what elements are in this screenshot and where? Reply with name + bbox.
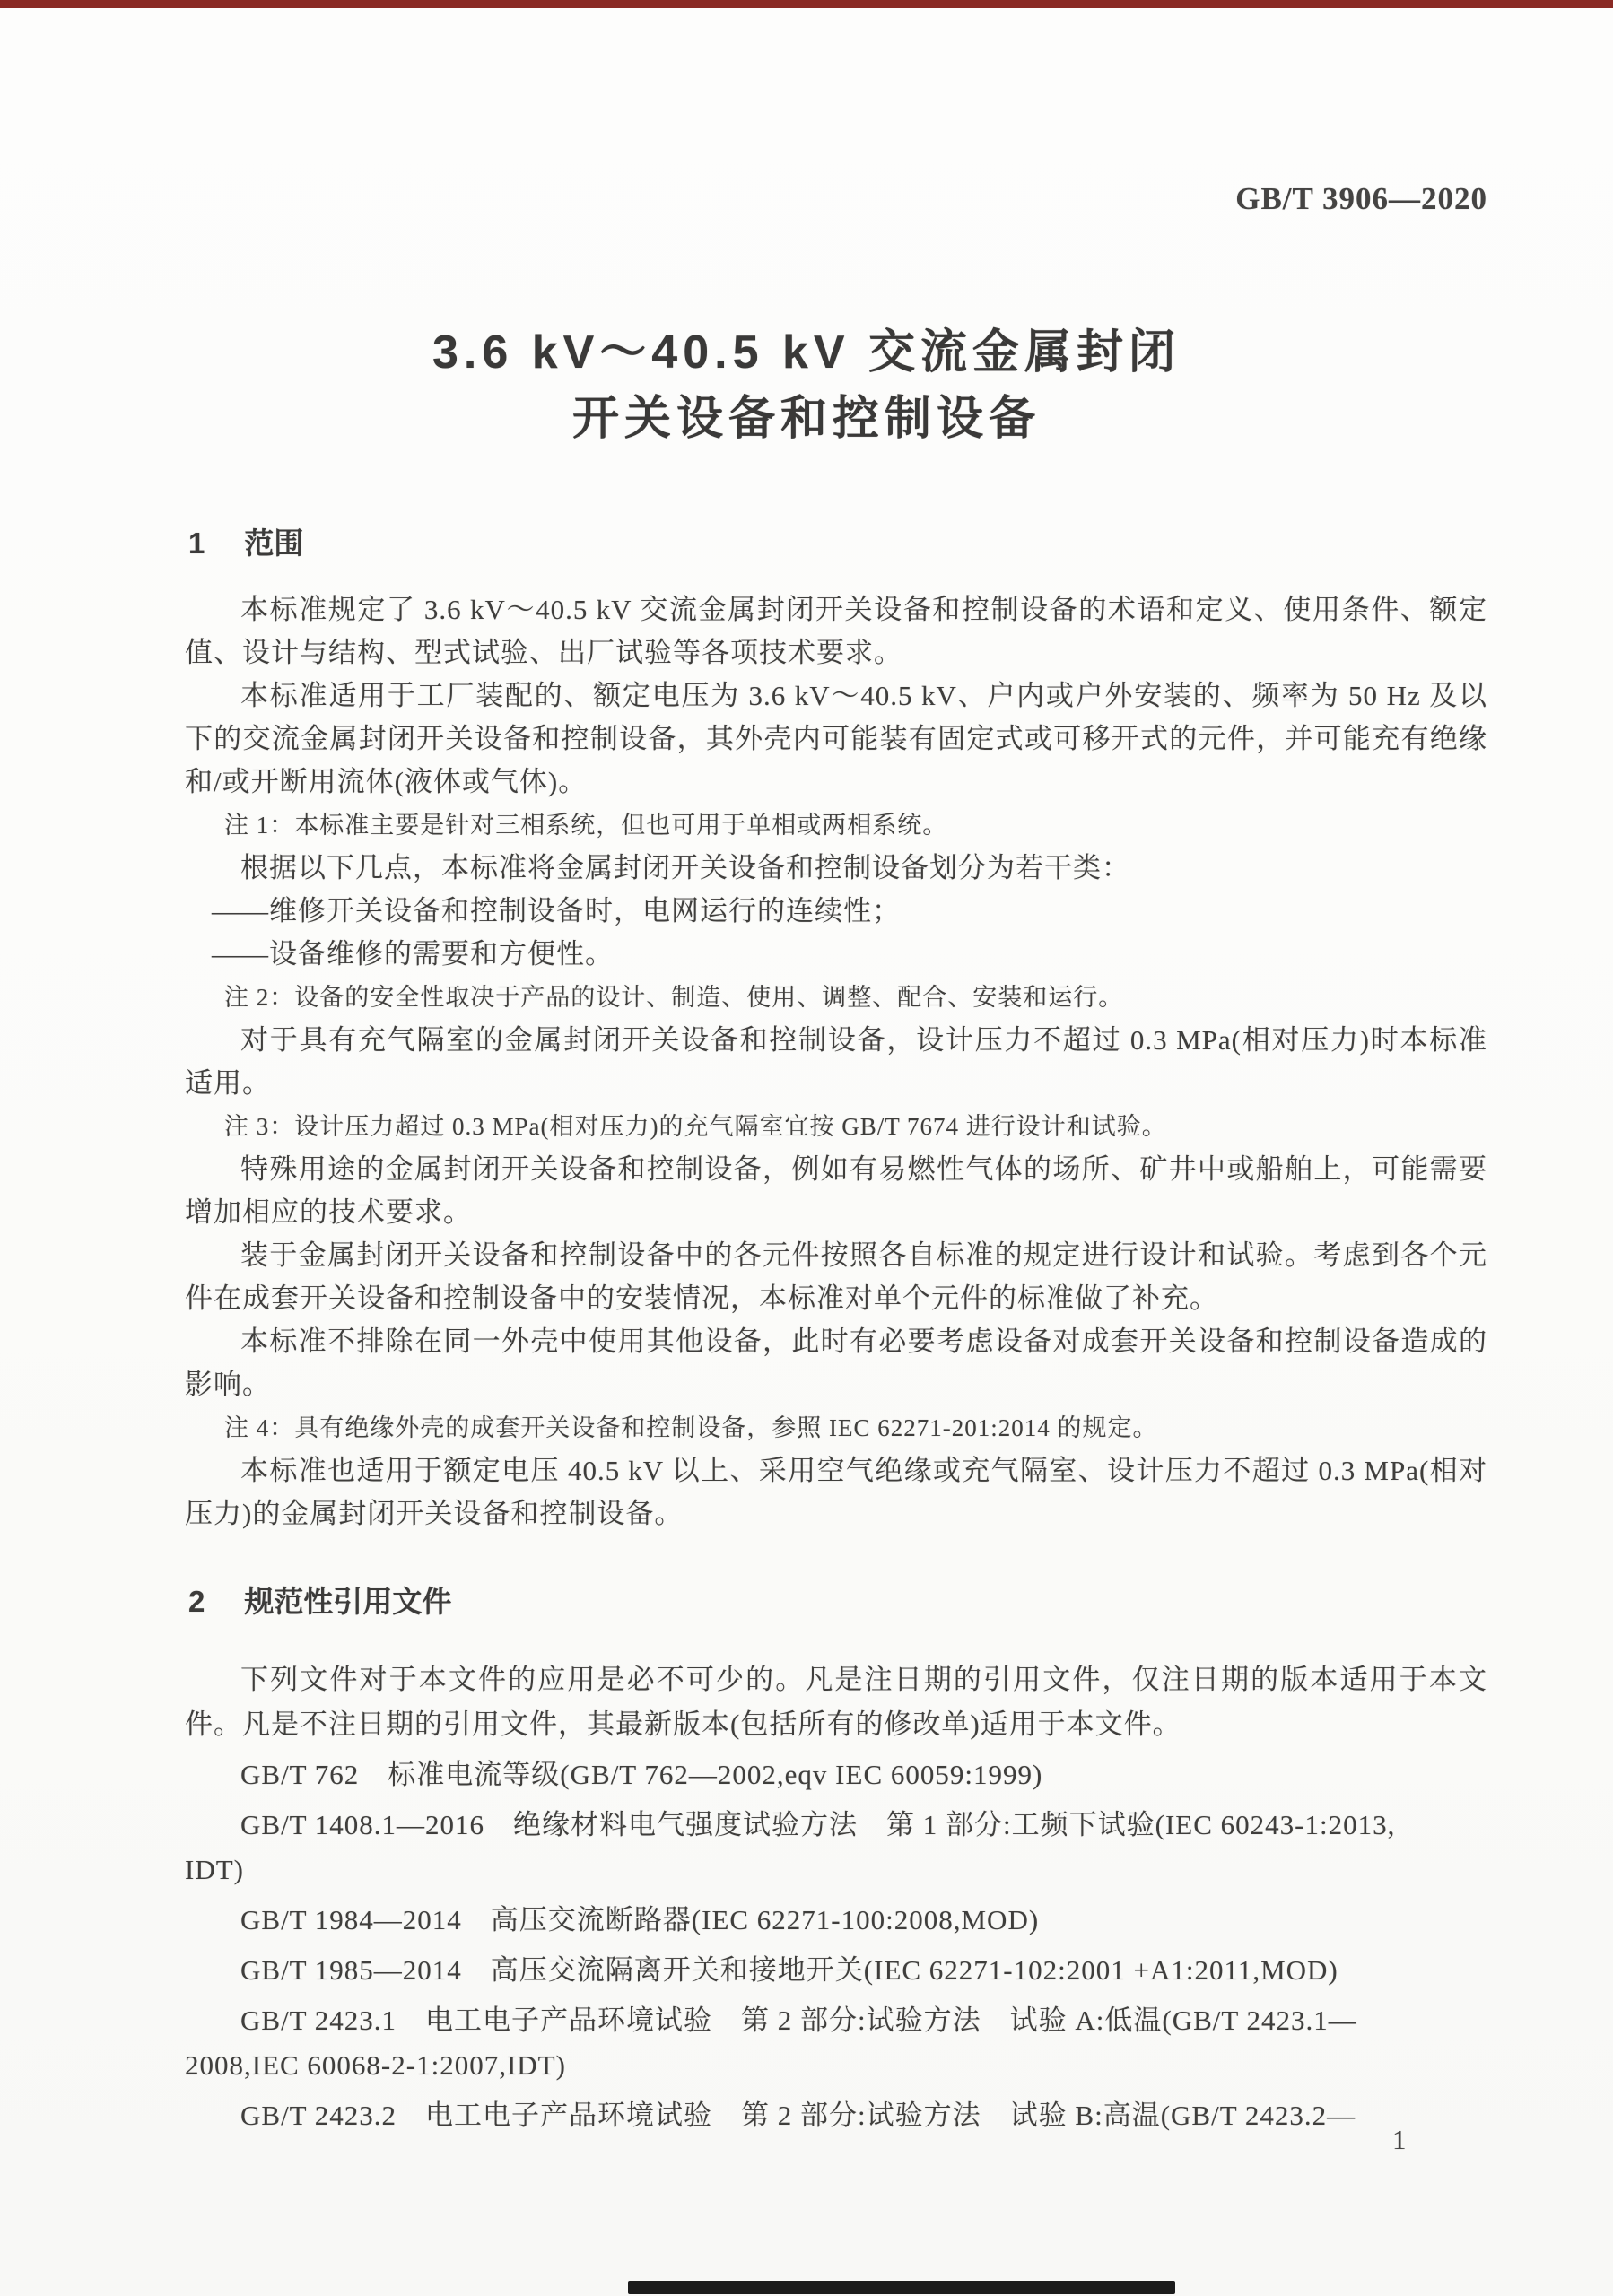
scan-top-edge: [0, 0, 1613, 8]
page-number: 1: [1392, 2124, 1407, 2156]
document-title: 3.6 kV～40.5 kV 交流金属封闭 开关设备和控制设备: [156, 319, 1457, 452]
paragraph: 根据以下几点，本标准将金属封闭开关设备和控制设备划分为若干类：: [185, 847, 1487, 890]
section-title: 规范性引用文件: [244, 1585, 451, 1618]
dash-item: ——维修开关设备和控制设备时，电网运行的连续性；: [185, 890, 1487, 933]
document-page: GB/T 3906—2020 3.6 kV～40.5 kV 交流金属封闭 开关设…: [0, 0, 1613, 2296]
section-1-body: 本标准规定了 3.6 kV～40.5 kV 交流金属封闭开关设备和控制设备的术语…: [185, 588, 1487, 1535]
section-title: 范围: [244, 526, 303, 560]
paragraph: 本标准规定了 3.6 kV～40.5 kV 交流金属封闭开关设备和控制设备的术语…: [185, 588, 1487, 674]
section-number: 2: [188, 1585, 205, 1618]
paragraph: 本标准适用于工厂装配的、额定电压为 3.6 kV～40.5 kV、户内或户外安装…: [185, 674, 1487, 804]
reference-item: GB/T 1408.1—2016 绝缘材料电气强度试验方法 第 1 部分:工频下…: [185, 1803, 1487, 1892]
note-paragraph: 注 1：本标准主要是针对三相系统，但也可用于单相或两相系统。: [185, 804, 1487, 847]
dash-item: ——设备维修的需要和方便性。: [185, 933, 1487, 976]
paragraph: 装于金属封闭开关设备和控制设备中的各元件按照各自标准的规定进行设计和试验。考虑到…: [185, 1234, 1487, 1320]
scan-bottom-bar: [628, 2281, 1175, 2294]
standard-number: GB/T 3906—2020: [185, 181, 1487, 217]
title-line-1: 3.6 kV～40.5 kV 交流金属封闭: [156, 319, 1457, 386]
note-paragraph: 注 4：具有绝缘外壳的成套开关设备和控制设备，参照 IEC 62271-201:…: [185, 1406, 1487, 1449]
reference-item: GB/T 2423.1 电工电子产品环境试验 第 2 部分:试验方法 试验 A:…: [185, 1998, 1487, 2088]
section-1-heading: 1范围: [188, 520, 303, 562]
reference-item: GB/T 762 标准电流等级(GB/T 762—2002,eqv IEC 60…: [185, 1752, 1487, 1797]
section-2-body: 下列文件对于本文件的应用是必不可少的。凡是注日期的引用文件，仅注日期的版本适用于…: [185, 1657, 1487, 2138]
paragraph: 下列文件对于本文件的应用是必不可少的。凡是注日期的引用文件，仅注日期的版本适用于…: [185, 1657, 1487, 1747]
paragraph: 本标准不排除在同一外壳中使用其他设备，此时有必要考虑设备对成套开关设备和控制设备…: [185, 1320, 1487, 1406]
note-paragraph: 注 2：设备的安全性取决于产品的设计、制造、使用、调整、配合、安装和运行。: [185, 976, 1487, 1019]
title-line-2: 开关设备和控制设备: [156, 386, 1457, 452]
note-paragraph: 注 3：设计压力超过 0.3 MPa(相对压力)的充气隔室宜按 GB/T 767…: [185, 1105, 1487, 1148]
reference-item: GB/T 1985—2014 高压交流隔离开关和接地开关(IEC 62271-1…: [185, 1948, 1487, 1993]
reference-item: GB/T 2423.2 电工电子产品环境试验 第 2 部分:试验方法 试验 B:…: [185, 2093, 1487, 2138]
section-number: 1: [188, 526, 205, 560]
paragraph: 对于具有充气隔室的金属封闭开关设备和控制设备，设计压力不超过 0.3 MPa(相…: [185, 1019, 1487, 1105]
section-2-heading: 2规范性引用文件: [188, 1578, 451, 1621]
reference-item: GB/T 1984—2014 高压交流断路器(IEC 62271-100:200…: [185, 1898, 1487, 1943]
paragraph: 特殊用途的金属封闭开关设备和控制设备，例如有易燃性气体的场所、矿井中或船舶上，可…: [185, 1148, 1487, 1234]
paragraph: 本标准也适用于额定电压 40.5 kV 以上、采用空气绝缘或充气隔室、设计压力不…: [185, 1449, 1487, 1535]
